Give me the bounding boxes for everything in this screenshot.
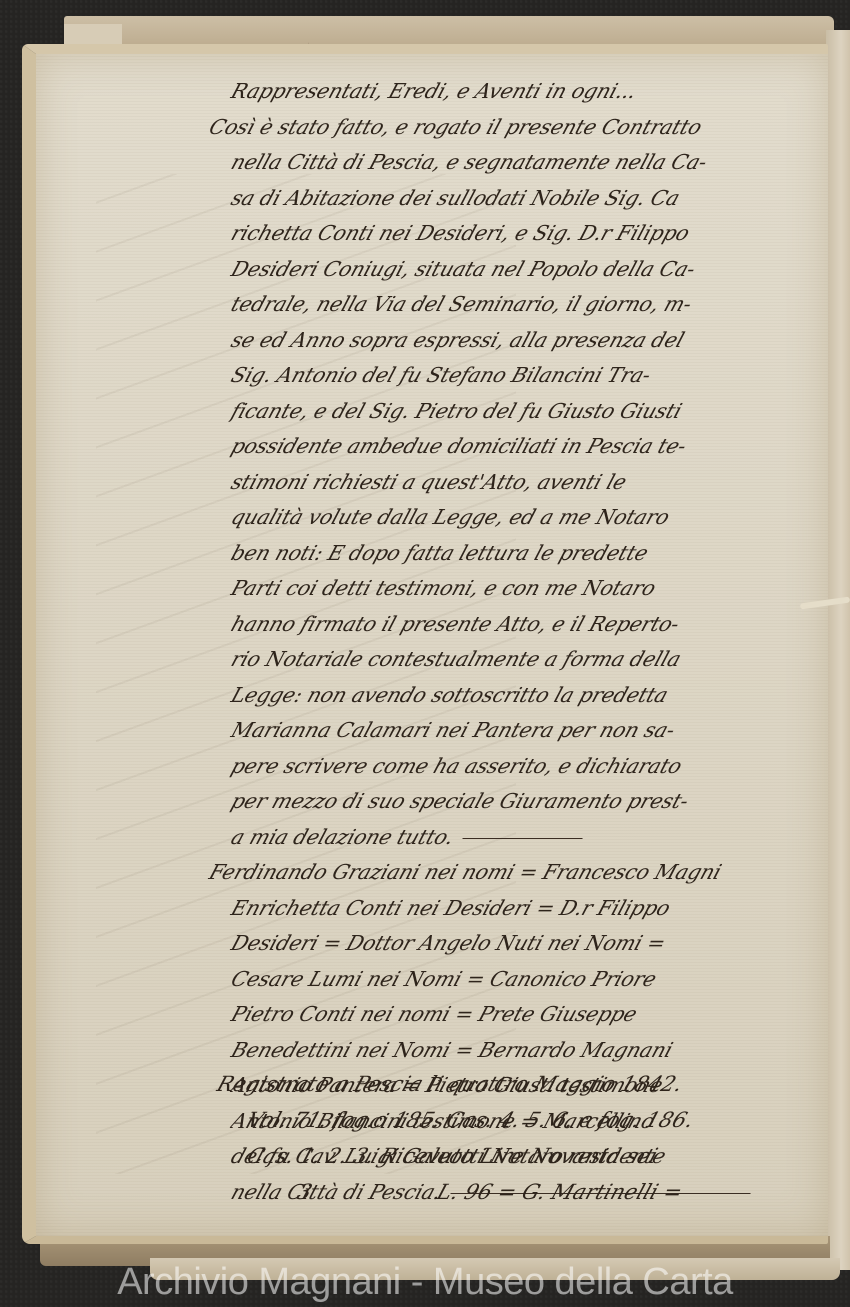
text-line: ben noti: E dopo fatta lettura le predet…: [226, 536, 838, 572]
text-line: Desideri Coniugi, situata nel Popolo del…: [226, 252, 838, 288]
closing-rule: [462, 838, 582, 839]
text-line: Rappresentati, Eredi, e Aventi in ogni..…: [226, 74, 838, 110]
signature-line: Ferdinando Graziani nei nomi = Francesco…: [204, 855, 838, 891]
text-line: tedrale, nella Via del Seminario, il gio…: [226, 287, 838, 323]
registry-line: Registrato a Pescia li quattro Maggio 18…: [212, 1066, 844, 1102]
text-line: possidente ambedue domiciliati in Pescia…: [226, 429, 838, 465]
text-line: Sig. Antonio del fu Stefano Bilancini Tr…: [226, 358, 838, 394]
signature-line: Desideri = Dottor Angelo Nuti nei Nomi =: [226, 926, 838, 962]
text-line: Legge: non avendo sottoscritto la predet…: [226, 678, 838, 714]
registry-line: Cas. 1. 2. 3. Ricevuto Lire Novanta sei: [212, 1138, 844, 1174]
text-line: richetta Conti nei Desideri, e Sig. D.r …: [226, 216, 838, 252]
page-tab: [64, 24, 122, 46]
signature-line: Pietro Conti nei nomi = Prete Giuseppe: [226, 997, 838, 1033]
text-line: hanno firmato il presente Atto, e il Rep…: [226, 607, 838, 643]
text-line: pere scrivere come ha asserito, e dichia…: [226, 749, 838, 785]
text-line: per mezzo di suo speciale Giuramento pre…: [226, 784, 838, 820]
text-line: rio Notariale contestualmente a forma de…: [226, 642, 838, 678]
archive-watermark: Archivio Magnani - Museo della Carta: [0, 1261, 850, 1304]
text-line: se ed Anno sopra espressi, alla presenza…: [226, 323, 838, 359]
margin-number: 3: [292, 1174, 444, 1210]
signature-line: Cesare Lumi nei Nomi = Canonico Priore: [226, 962, 838, 998]
text-line: ficante, e del Sig. Pietro del fu Giusto…: [226, 394, 838, 430]
text-line: sa di Abitazione dei sullodati Nobile Si…: [226, 181, 838, 217]
registry-line: 3L. 96 = G. Martinelli =: [212, 1174, 844, 1210]
registration-note: Registrato a Pescia li quattro Maggio 18…: [212, 1066, 832, 1210]
text-line: nella Città di Pescia, e segnatamente ne…: [226, 145, 838, 181]
text-line: stimoni richiesti a quest'Atto, aventi l…: [226, 465, 838, 501]
registry-line: Vol. 71. fog.o 185. Cas. 4. 5. 6. e fog.…: [212, 1102, 844, 1138]
text-line: Parti coi detti testimoni, e con me Nota…: [226, 571, 838, 607]
text-line: Marianna Calamari nei Pantera per non sa…: [226, 713, 838, 749]
signature-line: Benedettini nei Nomi = Bernardo Magnani: [226, 1033, 838, 1069]
signature-line: Enrichetta Conti nei Desideri = D.r Fili…: [226, 891, 838, 927]
contract-text: Rappresentati, Eredi, e Aventi in ogni..…: [226, 74, 826, 1210]
text-line: a mia delazione tutto.: [226, 820, 838, 856]
text-line: qualità volute dalla Legge, ed a me Nota…: [226, 500, 838, 536]
text-line: Così è stato fatto, e rogato il presente…: [204, 110, 838, 146]
text-line-content: a mia delazione tutto.: [228, 825, 457, 849]
registry-signature: L. 96 = G. Martinelli =: [434, 1180, 686, 1204]
